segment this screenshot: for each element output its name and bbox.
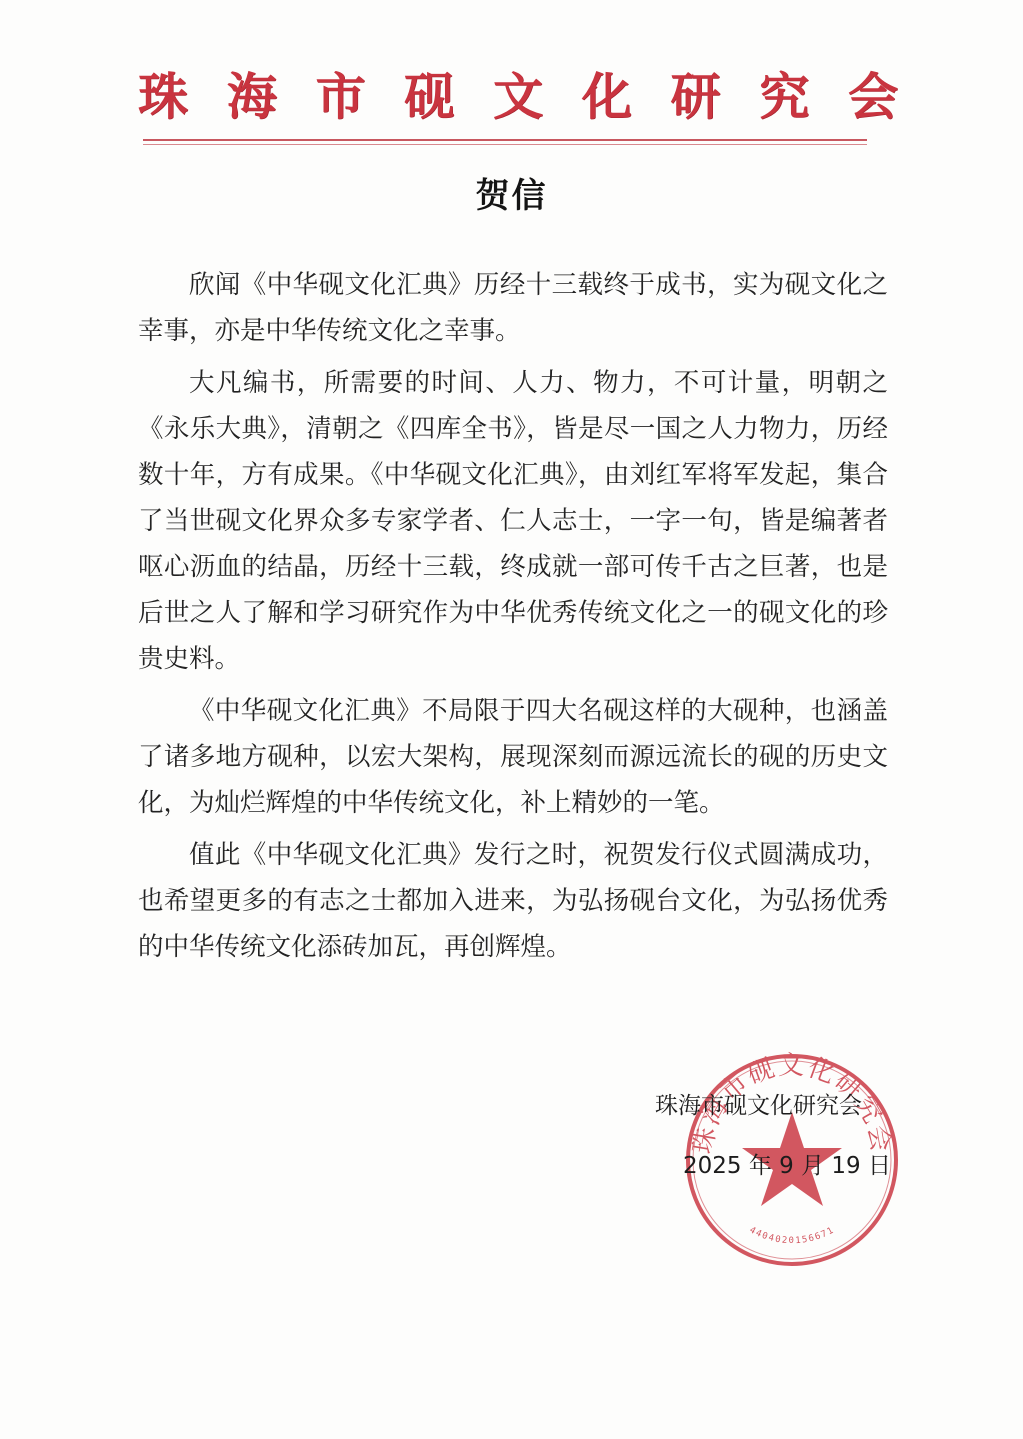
letter-body: 欣闻《中华砚文化汇典》历经十三载终于成书，实为砚文化之幸事，亦是中华传统文化之幸… bbox=[138, 262, 888, 976]
signature-organization: 珠海市砚文化研究会 bbox=[655, 1093, 862, 1121]
letter-paragraph: 《中华砚文化汇典》不局限于四大名砚这样的大砚种，也涵盖了诸多地方砚种，以宏大架构… bbox=[138, 688, 888, 826]
letterhead-char: 研 bbox=[671, 72, 721, 122]
letter-paragraph: 值此《中华砚文化汇典》发行之时，祝贺发行仪式圆满成功，也希望更多的有志之士都加入… bbox=[138, 832, 888, 970]
letterhead-char: 市 bbox=[316, 72, 366, 122]
letterhead-char: 海 bbox=[227, 72, 277, 122]
letterhead-char: 文 bbox=[493, 72, 543, 122]
letterhead-rule-top bbox=[143, 139, 867, 141]
letter-paragraph: 大凡编书，所需要的时间、人力、物力，不可计量，明朝之《永乐大典》，清朝之《四库全… bbox=[138, 360, 888, 682]
letterhead-char: 化 bbox=[582, 72, 632, 122]
letterhead-char: 砚 bbox=[404, 72, 454, 122]
letterhead-char: 会 bbox=[848, 72, 898, 122]
signature-date: 2025 年 9 月 19 日 bbox=[683, 1153, 891, 1181]
letterhead-char: 究 bbox=[759, 72, 809, 122]
letterhead-char: 珠 bbox=[138, 72, 188, 122]
letter-paragraph: 欣闻《中华砚文化汇典》历经十三载终于成书，实为砚文化之幸事，亦是中华传统文化之幸… bbox=[138, 262, 888, 354]
letterhead: 珠 海 市 砚 文 化 研 究 会 bbox=[138, 62, 898, 132]
seal-registration-number: 4404020156671 bbox=[748, 1225, 837, 1246]
letterhead-rule-bottom bbox=[143, 144, 867, 145]
letter-title: 贺信 bbox=[0, 168, 1023, 217]
